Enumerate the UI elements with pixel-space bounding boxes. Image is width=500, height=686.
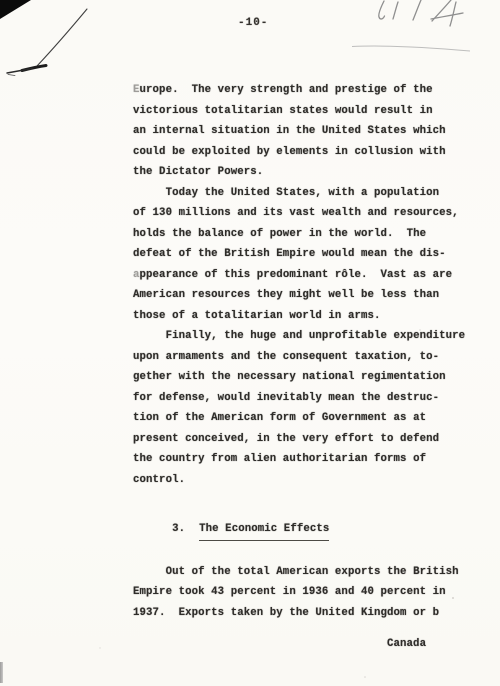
- text-line: tion of the American form of Government …: [133, 408, 473, 429]
- catchword: Canada: [387, 634, 473, 655]
- text-line: 1937. Exports taken by the United Kingdo…: [133, 603, 473, 624]
- section-heading: 3.The Economic Effects: [133, 498, 473, 562]
- text-line: defeat of the British Empire would mean …: [133, 244, 473, 265]
- scanned-document-page: 6114 -10- Europe. The very strength and …: [0, 0, 500, 686]
- text-line: of 130 millions and its vast wealth and …: [133, 203, 473, 224]
- page-number: -10-: [238, 17, 268, 29]
- text-line: American resources they might well be le…: [133, 285, 473, 306]
- text-line: the Dictator Powers.: [133, 162, 473, 183]
- scan-edge-smudge: [0, 662, 3, 683]
- text-line: victorious totalitarian states would res…: [133, 101, 473, 122]
- text-line: upon armaments and the consequent taxati…: [133, 347, 473, 368]
- text-line: the country from alien authoritarian for…: [133, 449, 473, 470]
- text-line: holds the balance of power in the world.…: [133, 224, 473, 245]
- text-line: Empire took 43 percent in 1936 and 40 pe…: [133, 582, 473, 603]
- page-corner-artifact: [0, 0, 31, 19]
- text-line: those of a totalitarian world in arms.: [133, 306, 473, 327]
- text-line: an internal situation in the United Stat…: [133, 121, 473, 142]
- typewritten-text-block: Europe. The very strength and prestige o…: [133, 80, 473, 655]
- text-line: gether with the necessary national regim…: [133, 367, 473, 388]
- pencil-underline: [352, 46, 470, 51]
- text-line: Finally, the huge and unprofitable expen…: [133, 326, 473, 347]
- text-line: could be exploited by elements in collus…: [133, 142, 473, 163]
- section-title: The Economic Effects: [199, 519, 329, 542]
- text-line: Europe. The very strength and prestige o…: [133, 80, 473, 101]
- text-line: appearance of this predominant rôle. Vas…: [133, 265, 473, 286]
- text-line: for defense, would inevitably mean the d…: [133, 388, 473, 409]
- text-line: present conceived, in the very effort to…: [133, 429, 473, 450]
- text-line: control.: [133, 470, 473, 491]
- section-number: 3.: [172, 523, 185, 535]
- text-line: Today the United States, with a populati…: [133, 183, 473, 204]
- text-line: Out of the total American exports the Br…: [133, 562, 473, 583]
- handwritten-number: 6114: [379, 0, 463, 26]
